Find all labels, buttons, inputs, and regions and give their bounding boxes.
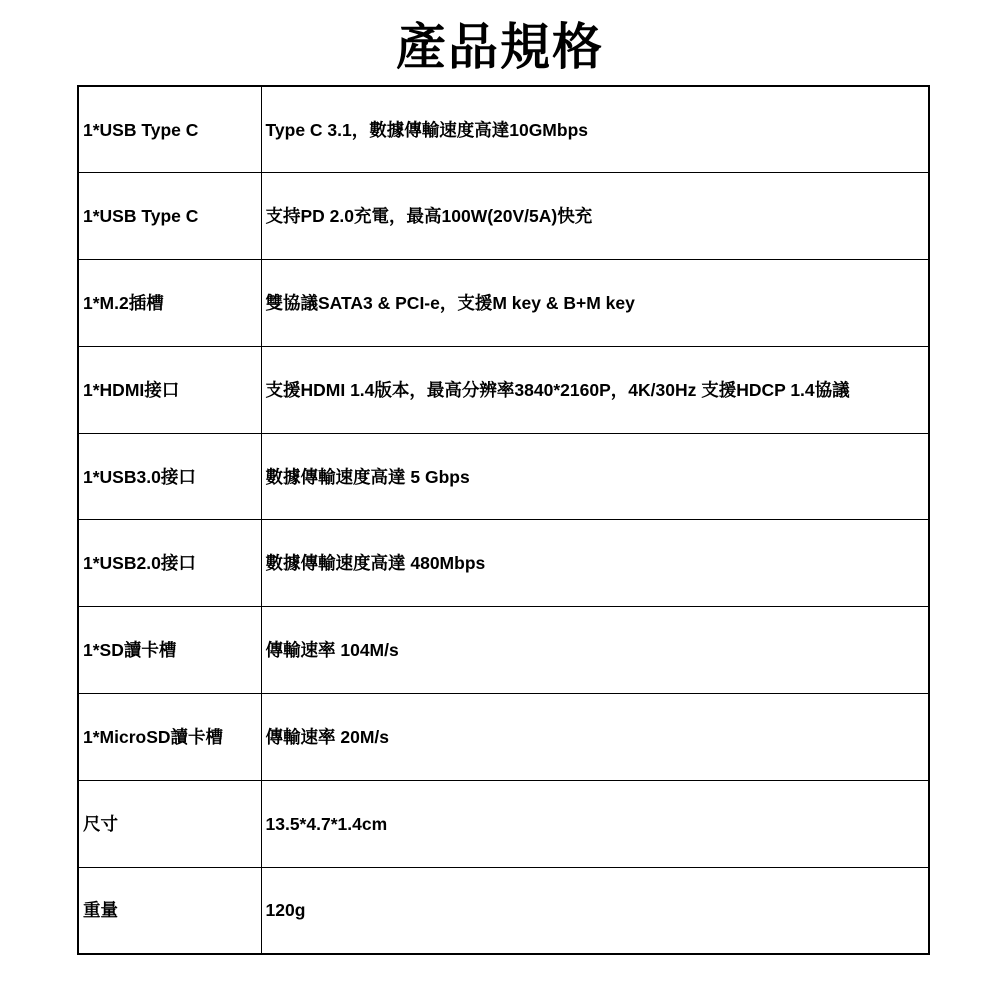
spec-value: 13.5*4.7*1.4cm	[261, 780, 929, 867]
spec-label: 1*SD讀卡槽	[78, 607, 261, 694]
spec-value: 數據傳輸速度高達 480Mbps	[261, 520, 929, 607]
page-title: 產品規格	[0, 0, 1000, 85]
spec-label: 1*M.2插槽	[78, 260, 261, 347]
table-row: 1*M.2插槽 雙協議SATA3 & PCI-e，支援M key & B+M k…	[78, 260, 929, 347]
spec-label: 1*MicroSD讀卡槽	[78, 694, 261, 781]
table-row: 重量 120g	[78, 867, 929, 954]
spec-table: 1*USB Type C Type C 3.1，數據傳輸速度高達10GMbps …	[77, 85, 930, 955]
spec-value: 支持PD 2.0充電，最高100W(20V/5A)快充	[261, 173, 929, 260]
table-row: 1*MicroSD讀卡槽 傳輸速率 20M/s	[78, 694, 929, 781]
table-row: 1*USB3.0接口 數據傳輸速度高達 5 Gbps	[78, 433, 929, 520]
spec-label: 1*HDMI接口	[78, 346, 261, 433]
spec-value: 120g	[261, 867, 929, 954]
spec-label: 1*USB Type C	[78, 86, 261, 173]
table-row: 1*USB Type C 支持PD 2.0充電，最高100W(20V/5A)快充	[78, 173, 929, 260]
spec-label: 尺寸	[78, 780, 261, 867]
spec-value: 數據傳輸速度高達 5 Gbps	[261, 433, 929, 520]
table-row: 1*SD讀卡槽 傳輸速率 104M/s	[78, 607, 929, 694]
spec-value: Type C 3.1，數據傳輸速度高達10GMbps	[261, 86, 929, 173]
spec-label: 1*USB3.0接口	[78, 433, 261, 520]
spec-label: 1*USB Type C	[78, 173, 261, 260]
spec-value: 傳輸速率 20M/s	[261, 694, 929, 781]
table-row: 1*USB2.0接口 數據傳輸速度高達 480Mbps	[78, 520, 929, 607]
spec-value: 傳輸速率 104M/s	[261, 607, 929, 694]
spec-value: 支援HDMI 1.4版本，最高分辨率3840*2160P，4K/30Hz 支援H…	[261, 346, 929, 433]
spec-value: 雙協議SATA3 & PCI-e，支援M key & B+M key	[261, 260, 929, 347]
table-row: 尺寸 13.5*4.7*1.4cm	[78, 780, 929, 867]
spec-sheet-page: 產品規格 1*USB Type C Type C 3.1，數據傳輸速度高達10G…	[0, 0, 1000, 1000]
spec-label: 重量	[78, 867, 261, 954]
spec-label: 1*USB2.0接口	[78, 520, 261, 607]
table-row: 1*HDMI接口 支援HDMI 1.4版本，最高分辨率3840*2160P，4K…	[78, 346, 929, 433]
table-row: 1*USB Type C Type C 3.1，數據傳輸速度高達10GMbps	[78, 86, 929, 173]
